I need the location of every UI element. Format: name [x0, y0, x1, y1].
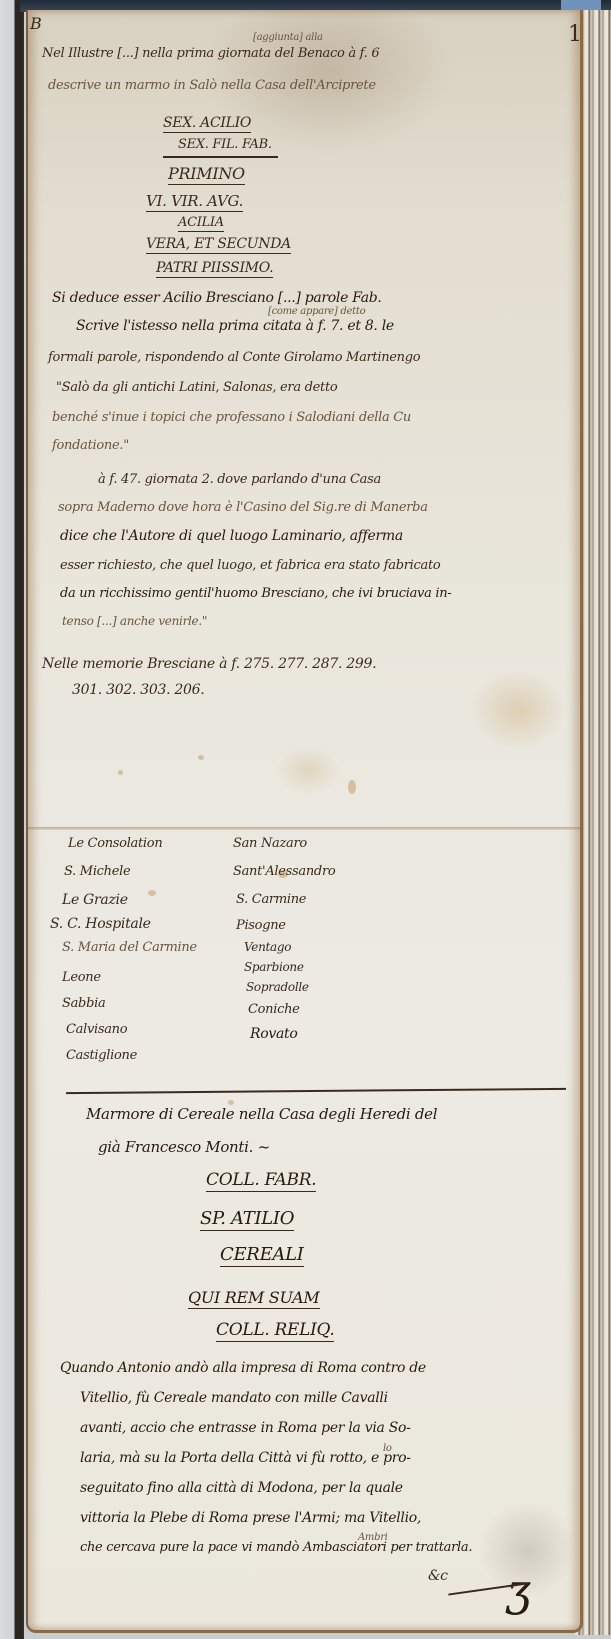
paragraph-line: seguitato fino alla città di Modona, per… — [80, 1480, 403, 1496]
place-name: Coniche — [248, 1002, 300, 1017]
interlinear-note: [aggiunta] alla — [253, 32, 323, 43]
paragraph-line: sopra Maderno dove hora è l'Casino del S… — [58, 500, 428, 515]
inscription-line: SEX. ACILIO — [163, 115, 251, 133]
heading-line: già Francesco Monti. ~ — [98, 1138, 270, 1156]
inscription-line: PRIMINO — [168, 164, 245, 185]
flourish-signature: ʒ — [506, 1565, 531, 1616]
inscription-line: ACILIA — [178, 215, 224, 232]
heading-line: Marmore di Cereale nella Casa degli Here… — [86, 1105, 437, 1123]
place-name: S. C. Hospitale — [50, 916, 151, 932]
place-name: Le Consolation — [68, 836, 162, 851]
inscription-line: VERA, ET SECUNDA — [146, 236, 291, 254]
place-name: S. Maria del Carmine — [62, 940, 197, 955]
place-name: S. Carmine — [236, 892, 306, 907]
paragraph-line: Scrive l'istesso nella prima citata à f.… — [76, 318, 394, 334]
inscription-line: COLL. FABR. — [206, 1170, 316, 1192]
place-name: Sopradolle — [246, 980, 309, 994]
foxing-stain — [198, 755, 204, 760]
place-name: Sant'Alessandro — [233, 864, 335, 879]
inscription-line: QUI REM SUAM — [188, 1288, 320, 1309]
folio-number: 1 — [568, 22, 582, 47]
paragraph-line: tenso [...] anche venirle." — [62, 614, 207, 628]
place-name: Leone — [62, 970, 101, 985]
foxing-stain — [348, 780, 356, 794]
paragraph-line: fondatione." — [52, 438, 129, 453]
reference-line: Nelle memorie Bresciane à f. 275. 277. 2… — [42, 656, 376, 672]
place-name: S. Michele — [64, 864, 130, 879]
inscription-line: SP. ATILIO — [200, 1208, 294, 1231]
inscription-divider — [163, 156, 278, 158]
paragraph-line: vittoria la Plebe di Roma prese l'Armi; … — [80, 1510, 421, 1526]
paragraph-line: "Salò da gli antichi Latini, Salonas, er… — [56, 380, 337, 395]
reference-line: 301. 302. 303. 206. — [72, 682, 204, 698]
inscription-line: VI. VIR. AVG. — [146, 192, 243, 212]
paragraph-line: Quando Antonio andò alla impresa di Roma… — [60, 1360, 426, 1376]
inscription-line: PATRI PIISSIMO. — [156, 260, 273, 278]
closing-mark: &c — [428, 1568, 448, 1584]
place-name: Le Grazie — [62, 892, 128, 908]
foxing-stain — [118, 770, 123, 775]
paragraph-line: Si deduce esser Acilio Bresciano [...] p… — [52, 290, 382, 306]
paragraph-line: da un ricchissimo gentil'huomo Bresciano… — [60, 586, 451, 601]
opening-line-2: descrive un marmo in Salò nella Casa del… — [48, 78, 376, 93]
place-name: Ventago — [244, 940, 291, 954]
paragraph-line: benché s'inue i topici che professano i … — [52, 410, 411, 425]
place-name: Sparbione — [244, 960, 304, 974]
inscription-line: SEX. FIL. FAB. — [178, 137, 272, 152]
paragraph-line: Vitellio, fù Cereale mandato con mille C… — [80, 1390, 388, 1406]
foxing-stain — [148, 890, 156, 896]
paragraph-line: esser richiesto, che quel luogo, et fabr… — [60, 558, 440, 573]
section-divider — [66, 1088, 566, 1094]
paragraph-line: laria, mà su la Porta della Città vi fù … — [80, 1450, 411, 1466]
place-name: Calvisano — [66, 1022, 127, 1037]
place-name: Pisogne — [236, 918, 286, 933]
paragraph-line: formali parole, rispondendo al Conte Gir… — [48, 350, 420, 365]
inscription-line: COLL. RELIQ. — [216, 1320, 334, 1342]
paragraph-line: à f. 47. giornata 2. dove parlando d'una… — [98, 472, 381, 487]
opening-line-1: Nel Illustre [...] nella prima giornata … — [42, 46, 379, 61]
place-name: Rovato — [250, 1026, 297, 1042]
corner-mark: B — [30, 14, 42, 33]
paragraph-line: che cercava pure la pace vi mandò Ambasc… — [80, 1540, 472, 1555]
inscription-line: CEREALI — [220, 1244, 304, 1267]
page-fold — [28, 827, 580, 830]
paragraph-line: dice che l'Autore di quel luogo Laminari… — [60, 528, 403, 544]
place-name: Sabbia — [62, 996, 105, 1011]
place-name: San Nazaro — [233, 836, 307, 851]
place-name: Castiglione — [66, 1048, 137, 1063]
blue-tab-marker — [561, 0, 601, 10]
manuscript-page: B 1 [aggiunta] alla Nel Illustre [...] n… — [26, 10, 583, 1633]
paragraph-line: avanti, accio che entrasse in Roma per l… — [80, 1420, 411, 1436]
interlinear-note: [come appare] detto — [268, 306, 365, 317]
